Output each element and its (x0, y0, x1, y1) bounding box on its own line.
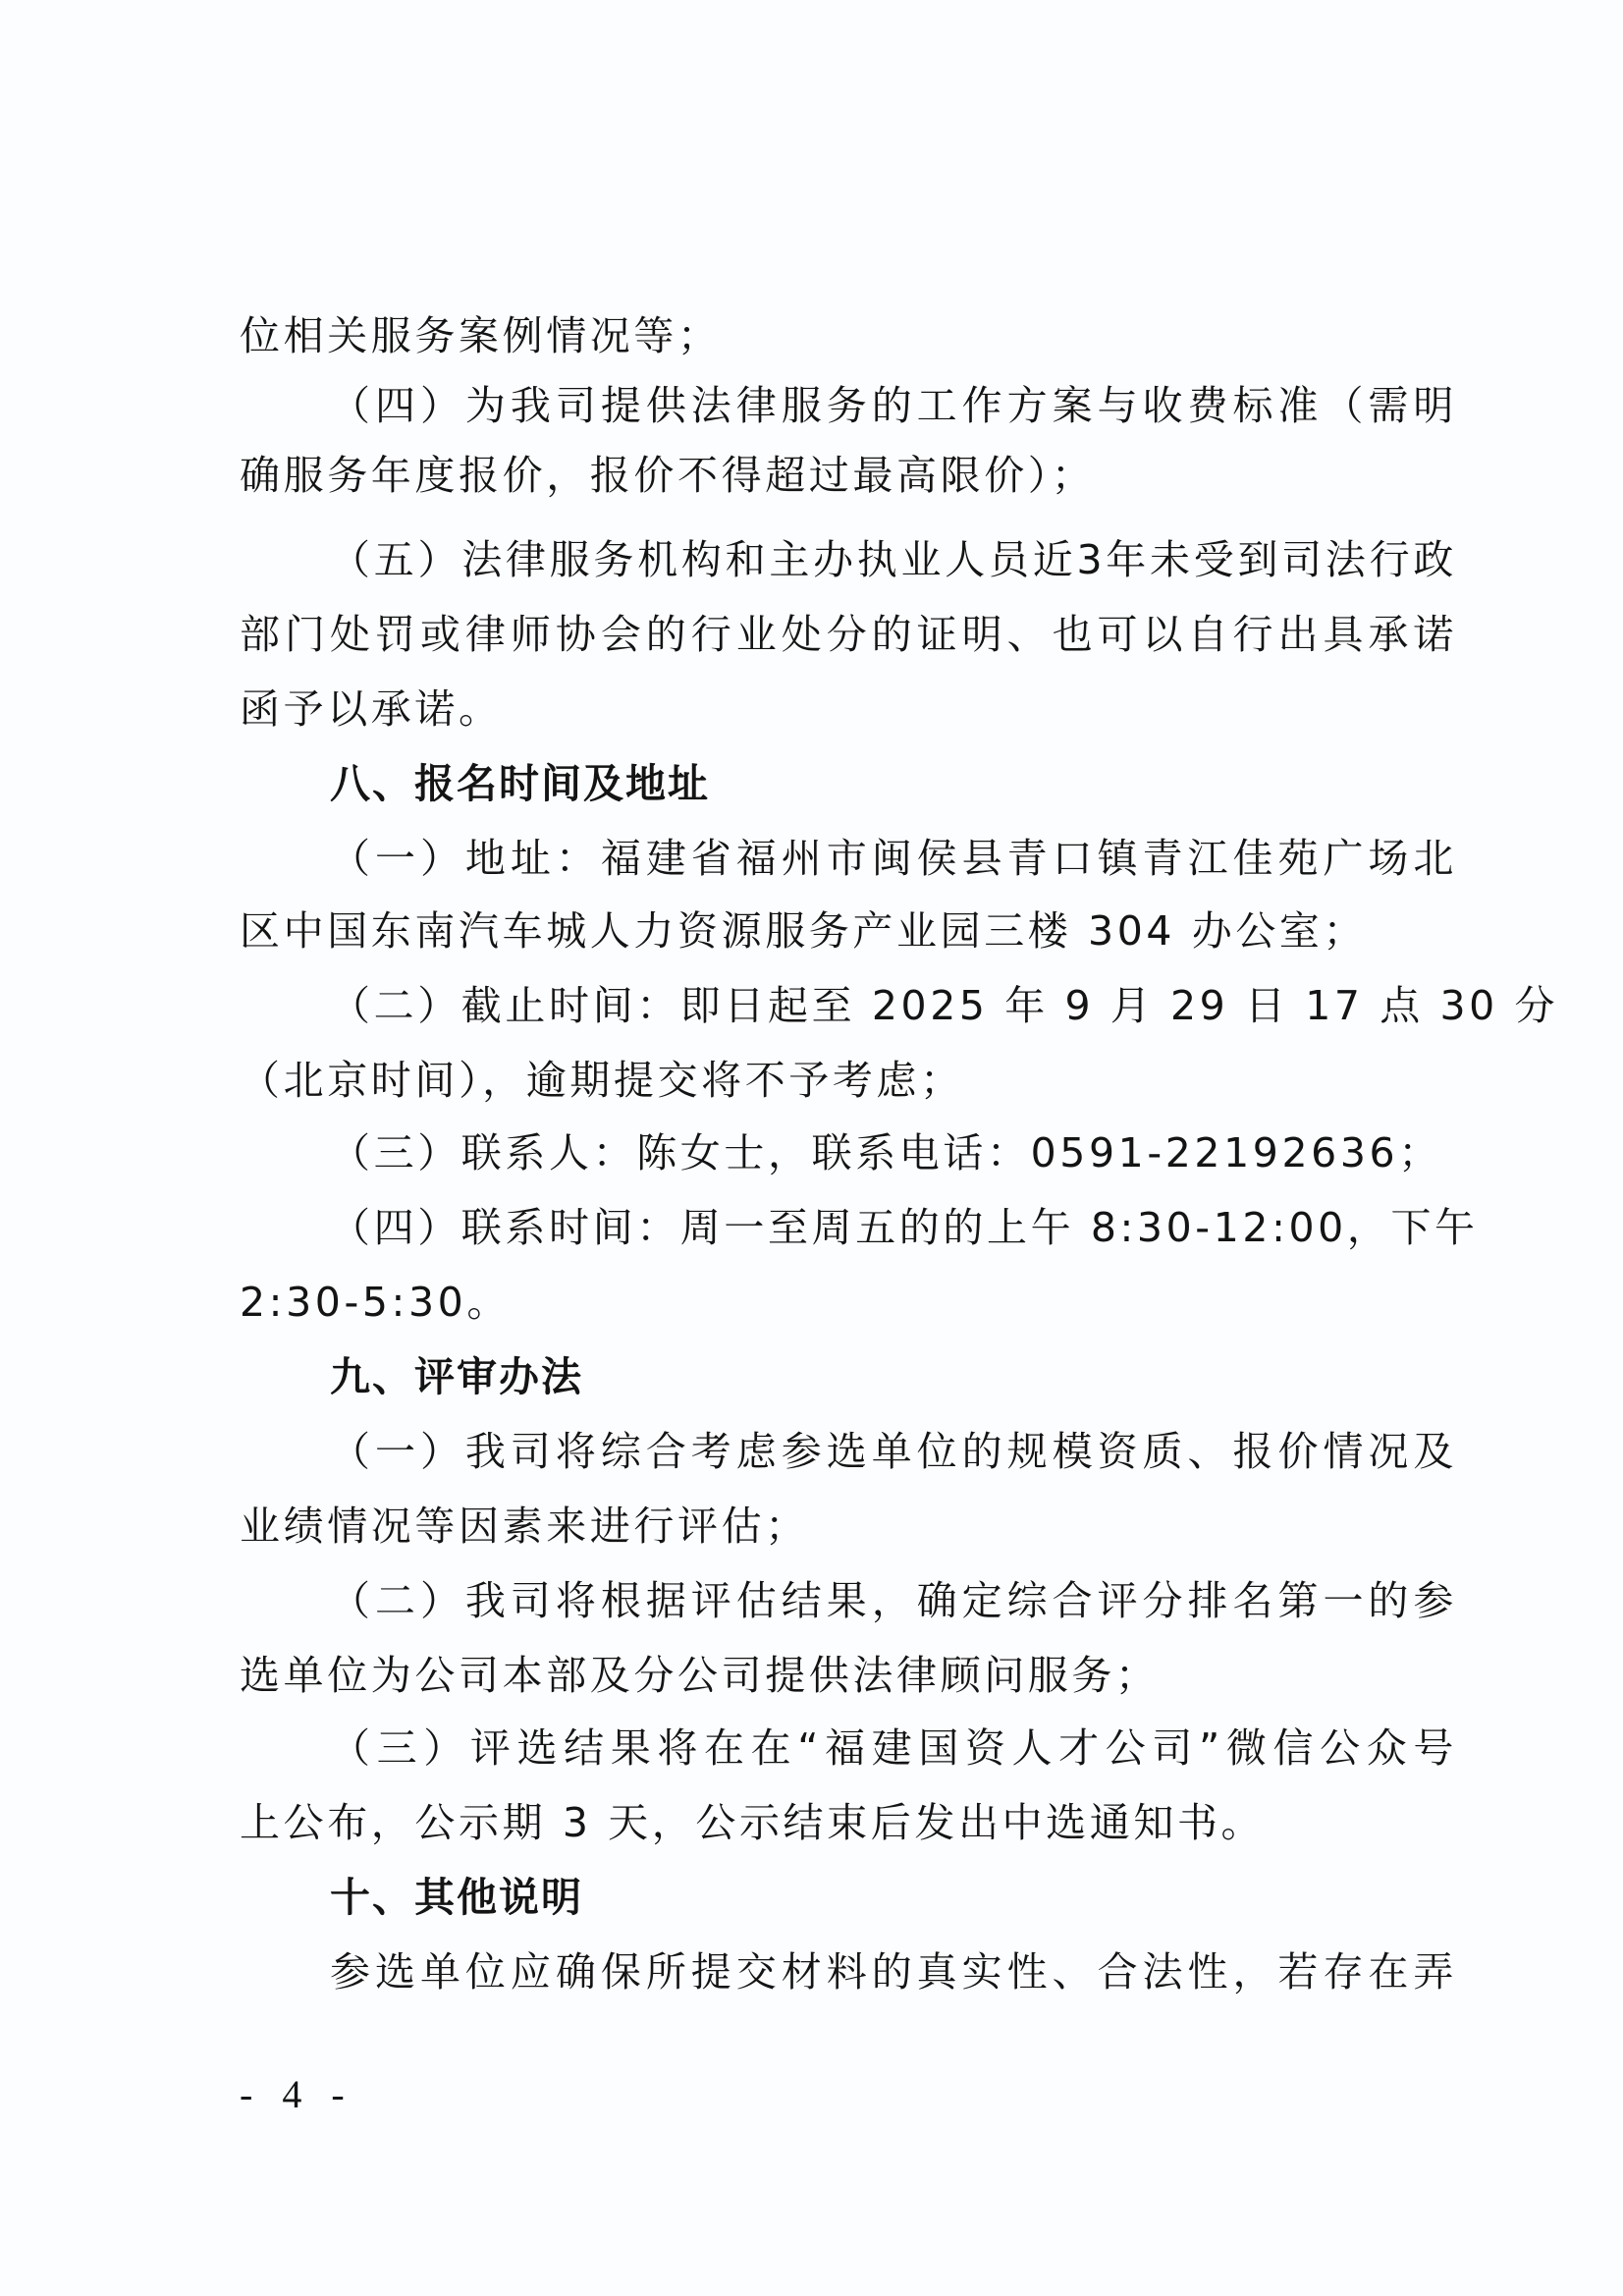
text-line: 上公布，公示期 3 天，公示结束后发出中选通知书。 (240, 1795, 1457, 1850)
text-line: （一）地址：福建省福州市闽侯县青口镇青江佳苑广场北 (330, 831, 1457, 886)
text-line: 选单位为公司本部及分公司提供法律顾问服务； (240, 1648, 1457, 1703)
text-line: 2:30-5:30。 (240, 1275, 1457, 1330)
text-line: （四）为我司提供法律服务的工作方案与收费标准（需明 (330, 378, 1457, 433)
text-line: （四）联系时间：周一至周五的的上午 8:30-12:00，下午 (330, 1200, 1457, 1255)
text-line: 函予以承诺。 (240, 682, 1457, 737)
text-line: （三）联系人：陈女士，联系电话：0591-22192636； (330, 1125, 1457, 1180)
text-line: （二）截止时间：即日起至 2025 年 9 月 29 日 17 点 30 分 (330, 978, 1457, 1033)
section-heading: 九、评审办法 (330, 1349, 583, 1404)
page-number: - 4 - (240, 2070, 354, 2119)
section-heading: 十、其他说明 (330, 1870, 583, 1925)
document-page: 位相关服务案例情况等；（四）为我司提供法律服务的工作方案与收费标准（需明确服务年… (0, 0, 1623, 2296)
text-line: （北京时间），逾期提交将不予考虑； (240, 1053, 1457, 1108)
text-line: （五）法律服务机构和主办执业人员近3年未受到司法行政 (330, 532, 1457, 587)
text-line: 参选单位应确保所提交材料的真实性、合法性，若存在弄 (330, 1944, 1457, 1999)
text-line: 区中国东南汽车城人力资源服务产业园三楼 304 办公室； (240, 903, 1457, 958)
text-line: （三）评选结果将在在“福建国资人才公司”微信公众号 (330, 1721, 1457, 1776)
text-line: 位相关服务案例情况等； (240, 308, 1457, 363)
text-line: 业绩情况等因素来进行评估； (240, 1499, 1457, 1554)
text-line: （一）我司将综合考虑参选单位的规模资质、报价情况及 (330, 1424, 1457, 1479)
text-line: （二）我司将根据评估结果，确定综合评分排名第一的参 (330, 1573, 1457, 1628)
section-heading: 八、报名时间及地址 (330, 756, 710, 811)
text-line: 确服务年度报价，报价不得超过最高限价）； (240, 448, 1457, 503)
text-line: 部门处罚或律师协会的行业处分的证明、也可以自行出具承诺 (240, 607, 1457, 662)
